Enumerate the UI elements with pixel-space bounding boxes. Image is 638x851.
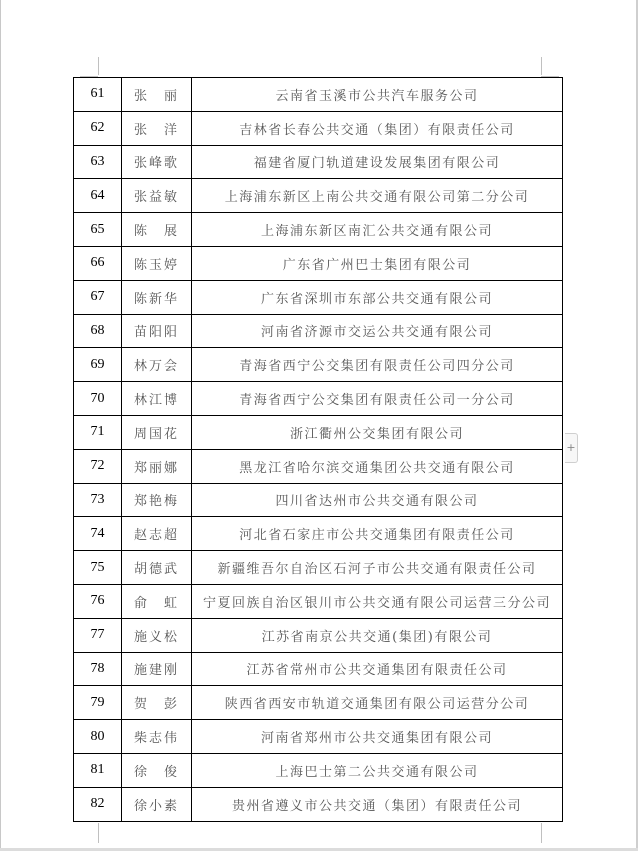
row-number-cell: 70 [74, 382, 122, 416]
table-row: 77施义松江苏省南京公共交通(集团)有限公司 [74, 618, 563, 652]
table-row: 67陈新华广东省深圳市东部公共交通有限公司 [74, 280, 563, 314]
add-row-button[interactable]: + [565, 433, 578, 463]
name-cell: 张 丽 [122, 78, 192, 112]
organization-cell: 江苏省南京公共交通(集团)有限公司 [192, 618, 563, 652]
organization-cell: 上海浦东新区上南公共交通有限公司第二分公司 [192, 179, 563, 213]
table-row: 70林江博青海省西宁公交集团有限责任公司一分公司 [74, 382, 563, 416]
table-row: 78施建刚江苏省常州市公共交通集团有限责任公司 [74, 652, 563, 686]
name-cell: 徐 俊 [122, 753, 192, 787]
crop-mark-bottom-left [98, 823, 99, 843]
organization-cell: 河北省石家庄市公共交通集团有限责任公司 [192, 517, 563, 551]
name-cell: 胡德武 [122, 551, 192, 585]
table-row: 80柴志伟河南省郑州市公共交通集团有限公司 [74, 720, 563, 754]
organization-cell: 贵州省遵义市公共交通（集团）有限责任公司 [192, 787, 563, 821]
name-cell: 贺 彭 [122, 686, 192, 720]
row-number-cell: 78 [74, 652, 122, 686]
table-row: 79贺 彭陕西省西安市轨道交通集团有限公司运营分公司 [74, 686, 563, 720]
organization-cell: 广东省深圳市东部公共交通有限公司 [192, 280, 563, 314]
organization-cell: 宁夏回族自治区银川市公共交通有限公司运营三分公司 [192, 584, 563, 618]
organization-cell: 河南省郑州市公共交通集团有限公司 [192, 720, 563, 754]
name-cell: 林万会 [122, 348, 192, 382]
crop-mark-top-right [541, 57, 542, 75]
table-row: 66陈玉婷广东省广州巴士集团有限公司 [74, 246, 563, 280]
table-row: 74赵志超河北省石家庄市公共交通集团有限责任公司 [74, 517, 563, 551]
organization-cell: 青海省西宁公交集团有限责任公司一分公司 [192, 382, 563, 416]
personnel-table: 61张 丽云南省玉溪市公共汽车服务公司62张 洋吉林省长春公共交通（集团）有限责… [73, 77, 563, 822]
organization-cell: 福建省厦门轨道建设发展集团有限公司 [192, 145, 563, 179]
name-cell: 柴志伟 [122, 720, 192, 754]
name-cell: 俞 虹 [122, 584, 192, 618]
name-cell: 苗阳阳 [122, 314, 192, 348]
row-number-cell: 66 [74, 246, 122, 280]
row-number-cell: 69 [74, 348, 122, 382]
name-cell: 郑丽娜 [122, 449, 192, 483]
row-number-cell: 77 [74, 618, 122, 652]
crop-mark-bottom-right [541, 823, 542, 843]
table-row: 61张 丽云南省玉溪市公共汽车服务公司 [74, 78, 563, 112]
row-number-cell: 62 [74, 111, 122, 145]
organization-cell: 浙江衢州公交集团有限公司 [192, 415, 563, 449]
table-row: 73郑艳梅四川省达州市公共交通有限公司 [74, 483, 563, 517]
crop-mark-top-left [98, 57, 99, 75]
table-row: 69林万会青海省西宁公交集团有限责任公司四分公司 [74, 348, 563, 382]
name-cell: 张峰歌 [122, 145, 192, 179]
row-number-cell: 61 [74, 78, 122, 112]
name-cell: 赵志超 [122, 517, 192, 551]
organization-cell: 上海巴士第二公共交通有限公司 [192, 753, 563, 787]
organization-cell: 新疆维吾尔自治区石河子市公共交通有限责任公司 [192, 551, 563, 585]
table-row: 71周国花浙江衢州公交集团有限公司 [74, 415, 563, 449]
name-cell: 周国花 [122, 415, 192, 449]
row-number-cell: 63 [74, 145, 122, 179]
row-number-cell: 79 [74, 686, 122, 720]
row-number-cell: 76 [74, 584, 122, 618]
table-row: 68苗阳阳河南省济源市交运公共交通有限公司 [74, 314, 563, 348]
name-cell: 陈 展 [122, 213, 192, 247]
row-number-cell: 67 [74, 280, 122, 314]
plus-icon: + [566, 441, 575, 454]
organization-cell: 广东省广州巴士集团有限公司 [192, 246, 563, 280]
name-cell: 陈新华 [122, 280, 192, 314]
name-cell: 张益敏 [122, 179, 192, 213]
table-row: 72郑丽娜黑龙江省哈尔滨交通集团公共交通有限公司 [74, 449, 563, 483]
row-number-cell: 73 [74, 483, 122, 517]
organization-cell: 陕西省西安市轨道交通集团有限公司运营分公司 [192, 686, 563, 720]
table-row: 62张 洋吉林省长春公共交通（集团）有限责任公司 [74, 111, 563, 145]
organization-cell: 吉林省长春公共交通（集团）有限责任公司 [192, 111, 563, 145]
name-cell: 陈玉婷 [122, 246, 192, 280]
row-number-cell: 80 [74, 720, 122, 754]
row-number-cell: 75 [74, 551, 122, 585]
name-cell: 张 洋 [122, 111, 192, 145]
organization-cell: 黑龙江省哈尔滨交通集团公共交通有限公司 [192, 449, 563, 483]
name-cell: 徐小素 [122, 787, 192, 821]
table-row: 76俞 虹宁夏回族自治区银川市公共交通有限公司运营三分公司 [74, 584, 563, 618]
table-body: 61张 丽云南省玉溪市公共汽车服务公司62张 洋吉林省长春公共交通（集团）有限责… [74, 78, 563, 822]
table-row: 75胡德武新疆维吾尔自治区石河子市公共交通有限责任公司 [74, 551, 563, 585]
name-cell: 施建刚 [122, 652, 192, 686]
row-number-cell: 74 [74, 517, 122, 551]
organization-cell: 四川省达州市公共交通有限公司 [192, 483, 563, 517]
name-cell: 郑艳梅 [122, 483, 192, 517]
organization-cell: 云南省玉溪市公共汽车服务公司 [192, 78, 563, 112]
organization-cell: 河南省济源市交运公共交通有限公司 [192, 314, 563, 348]
row-number-cell: 82 [74, 787, 122, 821]
table-row: 65陈 展上海浦东新区南汇公共交通有限公司 [74, 213, 563, 247]
row-number-cell: 68 [74, 314, 122, 348]
table-row: 63张峰歌福建省厦门轨道建设发展集团有限公司 [74, 145, 563, 179]
page-left-edge [0, 0, 1, 851]
table-row: 64张益敏上海浦东新区上南公共交通有限公司第二分公司 [74, 179, 563, 213]
row-number-cell: 65 [74, 213, 122, 247]
row-number-cell: 72 [74, 449, 122, 483]
row-number-cell: 71 [74, 415, 122, 449]
organization-cell: 上海浦东新区南汇公共交通有限公司 [192, 213, 563, 247]
table-row: 81徐 俊上海巴士第二公共交通有限公司 [74, 753, 563, 787]
name-cell: 施义松 [122, 618, 192, 652]
row-number-cell: 81 [74, 753, 122, 787]
table-row: 82徐小素贵州省遵义市公共交通（集团）有限责任公司 [74, 787, 563, 821]
organization-cell: 青海省西宁公交集团有限责任公司四分公司 [192, 348, 563, 382]
name-cell: 林江博 [122, 382, 192, 416]
organization-cell: 江苏省常州市公共交通集团有限责任公司 [192, 652, 563, 686]
row-number-cell: 64 [74, 179, 122, 213]
